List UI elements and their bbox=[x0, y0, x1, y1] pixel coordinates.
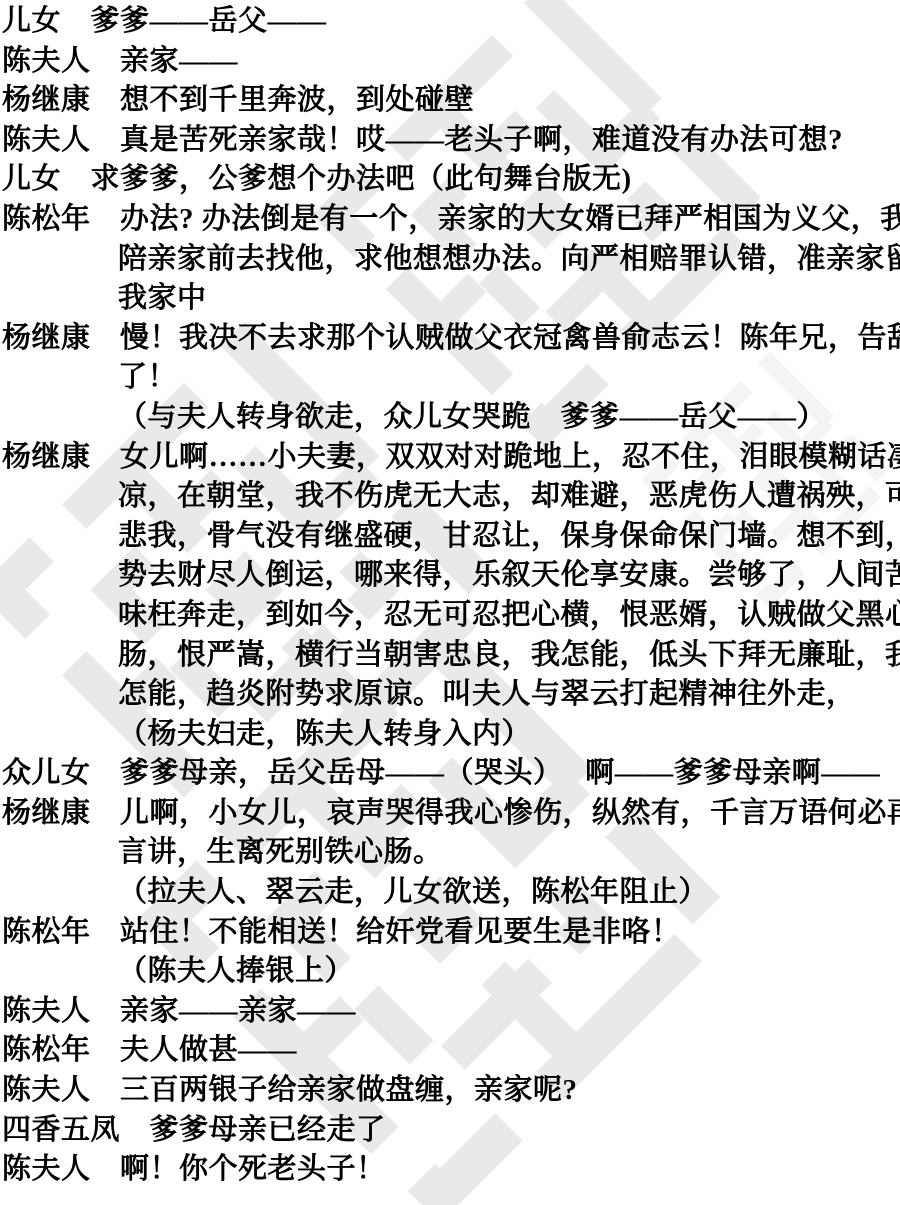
script-page: 儿女 爹爹——岳父—— 陈夫人 亲家—— 杨继康 想不到千里奔波，到处碰壁 陈夫… bbox=[0, 0, 900, 1205]
dialogue-text: 亲家—— bbox=[91, 45, 239, 77]
dialogue-first-line: 儿女 爹爹——岳父—— bbox=[2, 2, 900, 42]
dialogue-block: 陈夫人 三百两银子给亲家做盘缠，亲家呢? bbox=[2, 1071, 900, 1111]
dialogue-first-line: 陈松年 站住！不能相送！给奸党看见要生是非咯！ bbox=[2, 913, 900, 953]
dialogue-block: 陈夫人 亲家——亲家—— bbox=[2, 992, 900, 1032]
dialogue-continuation-line: 了！ bbox=[2, 358, 900, 398]
dialogue-block: 儿女 爹爹——岳父—— bbox=[2, 2, 900, 42]
dialogue-block: 杨继康 儿啊，小女儿，哀声哭得我心惨伤，纵然有，千言万语何必再 言讲，生离死别铁… bbox=[2, 794, 900, 913]
speaker-name: 陈夫人 bbox=[2, 995, 91, 1027]
script-body: 儿女 爹爹——岳父—— 陈夫人 亲家—— 杨继康 想不到千里奔波，到处碰壁 陈夫… bbox=[0, 0, 900, 1190]
stage-direction-line: （陈夫人捧银上） bbox=[2, 952, 900, 992]
dialogue-block: 陈松年 办法? 办法倒是有一个，亲家的大女婿已拜严相国为义父，我 陪亲家前去找他… bbox=[2, 200, 900, 319]
dialogue-text: 亲家——亲家—— bbox=[91, 995, 357, 1027]
dialogue-continuation-line: 陪亲家前去找他，求他想想办法。向严相赔罪认错，准亲家留 bbox=[2, 240, 900, 280]
dialogue-block: 儿女 求爹爹，公爹想个办法吧（此句舞台版无) bbox=[2, 160, 900, 200]
dialogue-text: 爹爹母亲，岳父岳母——（哭头） 啊——爹爹母亲啊—— bbox=[91, 757, 881, 789]
speaker-name: 陈松年 bbox=[2, 1034, 91, 1066]
dialogue-continuation-line: 势去财尽人倒运，哪来得，乐叙天伦享安康。尝够了，人间苦 bbox=[2, 556, 900, 596]
speaker-name: 杨继康 bbox=[2, 84, 91, 116]
dialogue-text: 慢！我决不去求那个认贼做父衣冠禽兽俞志云！陈年兄，告辞 bbox=[91, 322, 900, 354]
speaker-name: 陈夫人 bbox=[2, 1153, 91, 1185]
dialogue-block: 杨继康 慢！我决不去求那个认贼做父衣冠禽兽俞志云！陈年兄，告辞 了！（与夫人转身… bbox=[2, 319, 900, 438]
speaker-name: 陈夫人 bbox=[2, 124, 91, 156]
dialogue-first-line: 陈松年 夫人做甚—— bbox=[2, 1031, 900, 1071]
speaker-name: 杨继康 bbox=[2, 441, 91, 473]
dialogue-continuation-line: 怎能，趋炎附势求原谅。叫夫人与翠云打起精神往外走， bbox=[2, 675, 900, 715]
dialogue-first-line: 陈夫人 真是苦死亲家哉！哎——老头子啊，难道没有办法可想? bbox=[2, 121, 900, 161]
dialogue-text: 三百两银子给亲家做盘缠，亲家呢? bbox=[91, 1074, 578, 1106]
dialogue-text: 办法? 办法倒是有一个，亲家的大女婿已拜严相国为义父，我 bbox=[91, 203, 900, 235]
dialogue-first-line: 杨继康 女儿啊……小夫妻，双双对对跪地上，忍不住，泪眼模糊话凄 bbox=[2, 438, 900, 478]
dialogue-first-line: 陈夫人 三百两银子给亲家做盘缠，亲家呢? bbox=[2, 1071, 900, 1111]
dialogue-continuation-line: 凉，在朝堂，我不伤虎无大志，却难避，恶虎伤人遭祸殃，可 bbox=[2, 477, 900, 517]
dialogue-text: 啊！你个死老头子！ bbox=[91, 1153, 386, 1185]
dialogue-block: 杨继康 想不到千里奔波，到处碰壁 bbox=[2, 81, 900, 121]
speaker-name: 杨继康 bbox=[2, 322, 91, 354]
dialogue-text: 儿啊，小女儿，哀声哭得我心惨伤，纵然有，千言万语何必再 bbox=[91, 797, 900, 829]
dialogue-text: 爹爹——岳父—— bbox=[61, 5, 327, 37]
stage-direction-line: （与夫人转身欲走，众儿女哭跪 爹爹——岳父——） bbox=[2, 398, 900, 438]
dialogue-block: 陈夫人 真是苦死亲家哉！哎——老头子啊，难道没有办法可想? bbox=[2, 121, 900, 161]
stage-direction-line: （杨夫妇走，陈夫人转身入内） bbox=[2, 715, 900, 755]
speaker-name: 陈松年 bbox=[2, 916, 91, 948]
speaker-name: 儿女 bbox=[2, 5, 61, 37]
dialogue-text: 真是苦死亲家哉！哎——老头子啊，难道没有办法可想? bbox=[91, 124, 844, 156]
dialogue-first-line: 陈夫人 啊！你个死老头子！ bbox=[2, 1150, 900, 1190]
dialogue-first-line: 杨继康 慢！我决不去求那个认贼做父衣冠禽兽俞志云！陈年兄，告辞 bbox=[2, 319, 900, 359]
dialogue-block: 众儿女 爹爹母亲，岳父岳母——（哭头） 啊——爹爹母亲啊—— bbox=[2, 754, 900, 794]
dialogue-text: 爹爹母亲已经走了 bbox=[120, 1114, 386, 1146]
dialogue-first-line: 杨继康 儿啊，小女儿，哀声哭得我心惨伤，纵然有，千言万语何必再 bbox=[2, 794, 900, 834]
dialogue-block: 杨继康 女儿啊……小夫妻，双双对对跪地上，忍不住，泪眼模糊话凄 凉，在朝堂，我不… bbox=[2, 438, 900, 755]
dialogue-continuation-line: 悲我，骨气没有继盛硬，甘忍让，保身保命保门墙。想不到， bbox=[2, 517, 900, 557]
dialogue-first-line: 杨继康 想不到千里奔波，到处碰壁 bbox=[2, 81, 900, 121]
stage-direction-line: （拉夫人、翠云走，儿女欲送，陈松年阻止） bbox=[2, 873, 900, 913]
dialogue-first-line: 陈松年 办法? 办法倒是有一个，亲家的大女婿已拜严相国为义父，我 bbox=[2, 200, 900, 240]
speaker-name: 陈夫人 bbox=[2, 45, 91, 77]
speaker-name: 陈松年 bbox=[2, 203, 91, 235]
dialogue-text: 女儿啊……小夫妻，双双对对跪地上，忍不住，泪眼模糊话凄 bbox=[91, 441, 900, 473]
dialogue-first-line: 儿女 求爹爹，公爹想个办法吧（此句舞台版无) bbox=[2, 160, 900, 200]
dialogue-block: 陈松年 夫人做甚—— bbox=[2, 1031, 900, 1071]
dialogue-first-line: 四香五凤 爹爹母亲已经走了 bbox=[2, 1111, 900, 1151]
dialogue-block: 陈夫人 亲家—— bbox=[2, 42, 900, 82]
dialogue-text: 求爹爹，公爹想个办法吧（此句舞台版无) bbox=[61, 163, 632, 195]
dialogue-continuation-line: 言讲，生离死别铁心肠。 bbox=[2, 833, 900, 873]
dialogue-block: 四香五凤 爹爹母亲已经走了 bbox=[2, 1111, 900, 1151]
dialogue-block: 陈松年 站住！不能相送！给奸党看见要生是非咯！ （陈夫人捧银上） bbox=[2, 913, 900, 992]
speaker-name: 四香五凤 bbox=[2, 1114, 120, 1146]
speaker-name: 儿女 bbox=[2, 163, 61, 195]
dialogue-text: 夫人做甚—— bbox=[91, 1034, 298, 1066]
speaker-name: 众儿女 bbox=[2, 757, 91, 789]
dialogue-text: 站住！不能相送！给奸党看见要生是非咯！ bbox=[91, 916, 681, 948]
dialogue-continuation-line: 味枉奔走，到如今，忍无可忍把心横，恨恶婿，认贼做父黑心 bbox=[2, 596, 900, 636]
dialogue-first-line: 众儿女 爹爹母亲，岳父岳母——（哭头） 啊——爹爹母亲啊—— bbox=[2, 754, 900, 794]
speaker-name: 陈夫人 bbox=[2, 1074, 91, 1106]
dialogue-continuation-line: 肠，恨严嵩，横行当朝害忠良，我怎能，低头下拜无廉耻，我 bbox=[2, 636, 900, 676]
speaker-name: 杨继康 bbox=[2, 797, 91, 829]
dialogue-first-line: 陈夫人 亲家——亲家—— bbox=[2, 992, 900, 1032]
dialogue-first-line: 陈夫人 亲家—— bbox=[2, 42, 900, 82]
dialogue-text: 想不到千里奔波，到处碰壁 bbox=[91, 84, 475, 116]
dialogue-block: 陈夫人 啊！你个死老头子！ bbox=[2, 1150, 900, 1190]
dialogue-continuation-line: 我家中 bbox=[2, 279, 900, 319]
